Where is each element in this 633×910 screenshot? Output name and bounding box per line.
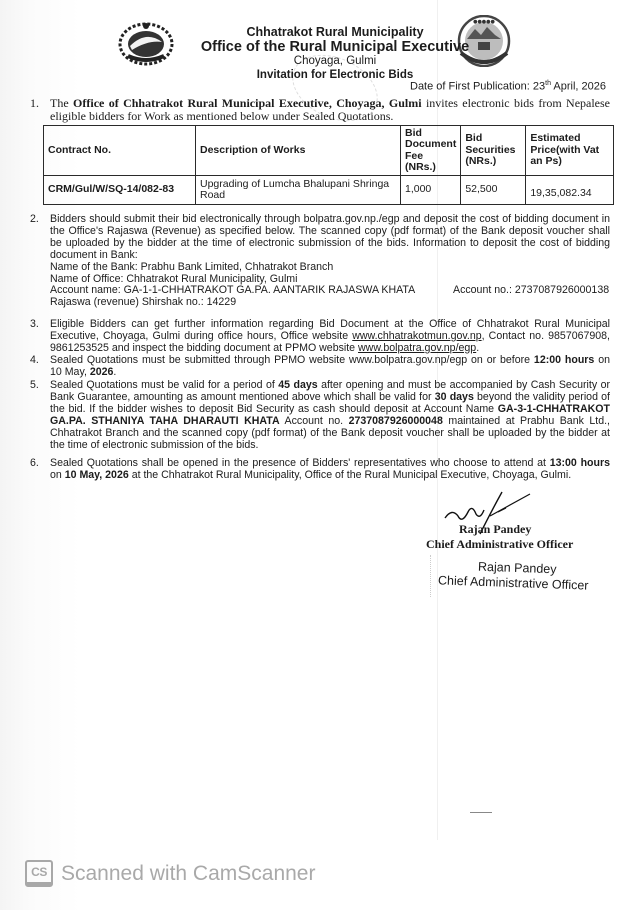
account-name: Account name: GA-1-1-CHHATRAKOT GA.PA. A… [50, 284, 415, 296]
bank-name: Name of the Bank: Prabhu Bank Limited, C… [50, 262, 610, 274]
table-header-row: Contract No. Description of Works Bid Do… [44, 126, 614, 176]
camscanner-text: Scanned with CamScanner [61, 862, 315, 886]
header-document-fee: Bid Document Fee (NRs.) [401, 126, 461, 176]
office-website-link[interactable]: www.chhatrakotmun.gov.np [352, 330, 481, 342]
account-number: Account no.: 2737087926000138 [453, 285, 609, 297]
header-contract-no: Contract No. [44, 126, 196, 176]
organization-name: Chhatrakot Rural Municipality [170, 25, 500, 39]
bank-details: Name of the Bank: Prabhu Bank Limited, C… [50, 262, 610, 308]
cell-estimated-price: 19,35,082.34 [526, 176, 614, 205]
cell-bid-security: 52,500 [461, 176, 526, 205]
camscanner-icon: CS [25, 860, 53, 887]
clause-1: 1. The Office of Chhatrakot Rural Munici… [30, 97, 610, 123]
office-name: Office of the Rural Municipal Executive [170, 39, 500, 55]
signatory-title: Chief Administrative Officer [426, 537, 573, 552]
table-row: CRM/Gul/W/SQ-14/082-83 Upgrading of Lumc… [44, 176, 614, 205]
clause-4: 4. Sealed Quotations must be submitted t… [30, 355, 610, 379]
stamp-name: Rajan Pandey [478, 560, 557, 577]
signatory-name: Rajan Pandey [459, 522, 531, 537]
cell-description: Upgrading of Lumcha Bhalupani Shringa Ro… [196, 176, 401, 205]
ppmo-website-link[interactable]: www.bolpatra.gov.np/egp [358, 342, 476, 354]
nepal-emblem-icon [118, 20, 174, 66]
cell-document-fee: 1,000 [401, 176, 461, 205]
scanned-page: ●●●●● Chhatrakot Rural Municipality Offi… [0, 0, 633, 910]
clause-2: 2. Bidders should submit their bid elect… [30, 214, 610, 262]
clause-6: 6. Sealed Quotations shall be opened in … [30, 458, 610, 482]
clause-3: 3. Eligible Bidders can get further info… [30, 319, 610, 355]
cell-contract-no: CRM/Gul/W/SQ-14/082-83 [44, 176, 196, 205]
publication-date: Date of First Publication: 23th April, 2… [410, 80, 606, 93]
header-estimated-price: Estimated Price(with Vat an Ps) [526, 126, 614, 176]
clause-5: 5. Sealed Quotations must be valid for a… [30, 380, 610, 451]
camscanner-watermark: CS Scanned with CamScanner [25, 860, 315, 887]
scan-artifact-line [470, 812, 492, 813]
revenue-shirshak: Rajaswa (revenue) Shirshak no.: 14229 [50, 297, 610, 309]
bid-table: Contract No. Description of Works Bid Do… [43, 125, 614, 205]
header-bid-security: Bid Securities (NRs.) [461, 126, 526, 176]
header-description: Description of Works [196, 126, 401, 176]
